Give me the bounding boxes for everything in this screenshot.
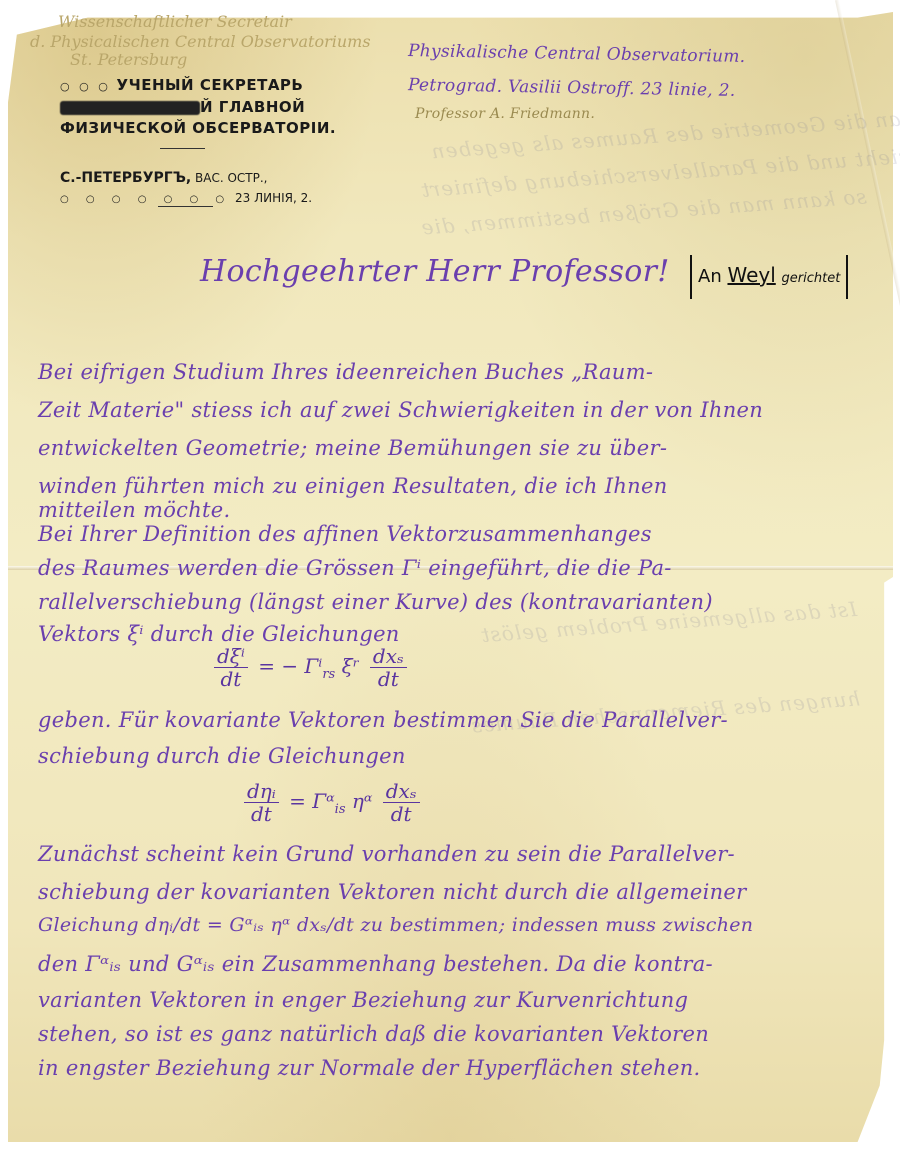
- address-district: ВАС. ОСТР.,: [195, 171, 267, 185]
- fraction: dξⁱdt: [214, 645, 248, 690]
- pencil-note-line: St. Petersburg: [70, 50, 187, 69]
- body-line: Zeit Materie" stiess ich auf zwei Schwie…: [38, 398, 763, 422]
- pencil-note-line: d. Physicalischen Central Observatoriums: [30, 32, 371, 51]
- address-city: С.-ПЕТЕРБУРГЪ,: [60, 170, 191, 186]
- salutation: Hochgeehrter Herr Professor!: [200, 254, 670, 289]
- body-line: in engster Beziehung zur Normale der Hyp…: [38, 1056, 701, 1080]
- letterhead-line-2: Й ГЛАВНОЙ: [60, 97, 336, 118]
- numerator: dηᵢ: [244, 780, 279, 803]
- letterhead-title: УЧЕНЫЙ СЕКРЕТАРЬ: [117, 76, 304, 94]
- decorative-dots: ○ ○ ○ ○ ○ ○ ○: [60, 194, 231, 205]
- body-line: Bei eifrigen Studium Ihres ideenreichen …: [38, 360, 653, 384]
- body-line: den Γᵅᵢₛ und Gᵅᵢₛ ein Zusammenhang beste…: [38, 952, 713, 976]
- denominator: dt: [383, 803, 420, 825]
- annotation-recipient: Weyl: [727, 263, 775, 287]
- denominator: dt: [370, 668, 407, 690]
- redacted-word: [60, 101, 200, 115]
- annotation-suffix: gerichtet: [782, 271, 841, 286]
- address-street: 23 ЛИНІЯ, 2.: [235, 191, 312, 205]
- body-line: Gleichung dηᵢ/dt = Gᵅᵢₛ ηᵅ dxₛ/dt zu bes…: [38, 914, 753, 936]
- formula-term: ηᵅ: [352, 789, 373, 813]
- archival-annotation: An Weyl gerichtet: [690, 255, 848, 299]
- letterhead-rule: [158, 206, 213, 207]
- body-line: winden führten mich zu einigen Resultate…: [38, 474, 668, 498]
- body-line: Zunächst scheint kein Grund vorhanden zu…: [38, 842, 735, 866]
- formula-term: = − Γⁱ: [258, 654, 322, 678]
- formula-covariant: dηᵢdt = Γᵅis ηᵅ dxₛdt: [240, 780, 424, 825]
- sender-name: Professor A. Friedmann.: [415, 106, 595, 122]
- body-line: entwickelten Geometrie; meine Bemühungen…: [38, 436, 667, 460]
- formula-contravariant: dξⁱdt = − Γⁱrs ξʳ dxₛdt: [210, 645, 411, 690]
- letterhead: ○ ○ ○ УЧЕНЫЙ СЕКРЕТАРЬ Й ГЛАВНОЙ ФИЗИЧЕС…: [60, 75, 336, 139]
- fraction: dηᵢdt: [244, 780, 279, 825]
- body-line: Vektors ξⁱ durch die Gleichungen: [38, 622, 400, 646]
- body-line: des Raumes werden die Grössen Γⁱ eingefü…: [38, 556, 672, 580]
- letterhead-address: С.-ПЕТЕРБУРГЪ, ВАС. ОСТР., ○ ○ ○ ○ ○ ○ ○…: [60, 168, 312, 210]
- fraction: dxₛdt: [383, 780, 420, 825]
- formula-subscript: rs: [322, 667, 335, 682]
- body-line: Bei Ihrer Definition des affinen Vektorz…: [38, 522, 652, 546]
- numerator: dxₛ: [383, 780, 420, 803]
- pencil-note-line: Wissenschaftlicher Secretair: [58, 12, 292, 31]
- formula-term: ξʳ: [342, 654, 360, 678]
- annotation-prefix: An: [698, 266, 722, 287]
- fraction: dxₛdt: [370, 645, 407, 690]
- body-line: rallelverschiebung (längst einer Kurve) …: [38, 590, 713, 614]
- body-line: schiebung durch die Gleichungen: [38, 744, 406, 768]
- letterhead-line-1: ○ ○ ○ УЧЕНЫЙ СЕКРЕТАРЬ: [60, 75, 336, 97]
- body-line: mitteilen möchte.: [38, 498, 230, 522]
- letterhead-text: Й ГЛАВНОЙ: [200, 98, 305, 116]
- letterhead-line-3: ФИЗИЧЕСКОЙ ОБСЕРВАТОРІИ.: [60, 118, 336, 139]
- formula-term: = Γᵅ: [289, 789, 335, 813]
- body-line: geben. Für kovariante Vektoren bestimmen…: [38, 708, 728, 732]
- numerator: dxₛ: [370, 645, 407, 668]
- body-line: varianten Vektoren in enger Beziehung zu…: [38, 988, 688, 1012]
- formula-subscript: is: [335, 802, 346, 817]
- decorative-dots: ○ ○ ○: [60, 80, 111, 93]
- letterhead-rule: [160, 148, 205, 149]
- denominator: dt: [244, 803, 279, 825]
- body-line: stehen, so ist es ganz natürlich daß die…: [38, 1022, 709, 1046]
- denominator: dt: [214, 668, 248, 690]
- body-line: schiebung der kovarianten Vektoren nicht…: [38, 880, 747, 904]
- numerator: dξⁱ: [214, 645, 248, 668]
